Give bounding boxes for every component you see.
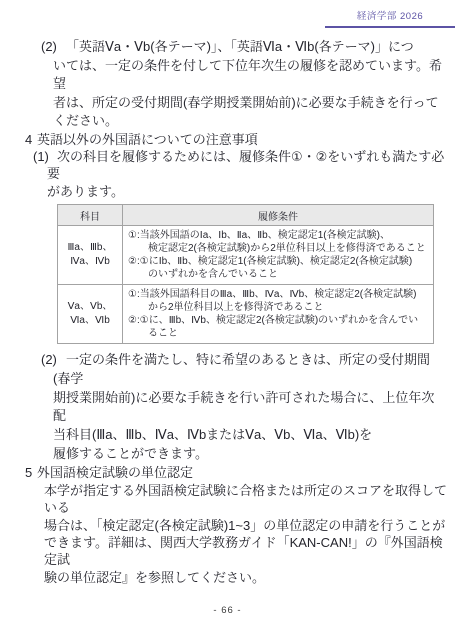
section-5-heading: 5 外国語検定試験の単位認定 xyxy=(25,464,455,481)
list-item-text: 「英語Ⅴa・Ⅴb(各テーマ)」、「英語Ⅵa・Ⅵb(各テーマ)」につ いては、一定… xyxy=(41,38,447,131)
section-number: 5 xyxy=(25,464,37,481)
conditions-cell: ①:当該外国語科目のⅢa、Ⅲb、Ⅳa、Ⅳb、検定認定2(各検定試験) から2単位… xyxy=(123,285,434,344)
list-item-1-requirements: (1) 次の科目を履修するためには、履修条件①・②をいずれも満たす必要 がありま… xyxy=(33,148,447,201)
column-header-conditions: 履修条件 xyxy=(123,205,434,226)
list-item-marker: (2) xyxy=(41,351,57,370)
section-4-heading: 4 英語以外の外国語についての注意事項 xyxy=(25,131,455,148)
requirements-table: 科目 履修条件 Ⅲa、Ⅲb、 Ⅳa、Ⅳb ①:当該外国語のⅠa、Ⅰb、Ⅱa、Ⅱb… xyxy=(57,204,434,344)
subject-cell: Ⅲa、Ⅲb、 Ⅳa、Ⅳb xyxy=(58,226,123,285)
page-number: - 66 - xyxy=(0,605,455,616)
page-content: (2) 「英語Ⅴa・Ⅴb(各テーマ)」、「英語Ⅵa・Ⅵb(各テーマ)」につ いて… xyxy=(0,0,455,586)
conditions-cell: ①:当該外国語のⅠa、Ⅰb、Ⅱa、Ⅱb、検定認定1(各検定試験)、 検定認定2(… xyxy=(123,226,434,285)
table-row: Ⅴa、Ⅴb、 Ⅵa、Ⅵb ①:当該外国語科目のⅢa、Ⅲb、Ⅳa、Ⅳb、検定認定2… xyxy=(58,285,434,344)
table-header-row: 科目 履修条件 xyxy=(58,205,434,226)
list-item-marker: (2) xyxy=(41,38,57,57)
list-item-marker: (1) xyxy=(33,148,49,166)
document-page: 経済学部 2026 (2) 「英語Ⅴa・Ⅴb(各テーマ)」、「英語Ⅵa・Ⅵb(各… xyxy=(0,0,455,644)
section-title: 英語以外の外国語についての注意事項 xyxy=(37,131,258,148)
list-item-2-upper-year: (2) 一定の条件を満たし、特に希望のあるときは、所定の受付期間(春学 期授業開… xyxy=(41,351,447,464)
section-number: 4 xyxy=(25,131,37,148)
list-item-2-english: (2) 「英語Ⅴa・Ⅴb(各テーマ)」、「英語Ⅵa・Ⅵb(各テーマ)」につ いて… xyxy=(41,38,447,131)
list-item-text: 次の科目を履修するためには、履修条件①・②をいずれも満たす必要 があります。 xyxy=(33,148,447,201)
list-item-text: 一定の条件を満たし、特に希望のあるときは、所定の受付期間(春学 期授業開始前)に… xyxy=(41,351,447,464)
table-row: Ⅲa、Ⅲb、 Ⅳa、Ⅳb ①:当該外国語のⅠa、Ⅰb、Ⅱa、Ⅱb、検定認定1(各… xyxy=(58,226,434,285)
column-header-subject: 科目 xyxy=(58,205,123,226)
section-title: 外国語検定試験の単位認定 xyxy=(37,464,193,481)
subject-cell: Ⅴa、Ⅴb、 Ⅵa、Ⅵb xyxy=(58,285,123,344)
section-5-paragraph: 本学が指定する外国語検定試験に合格または所定のスコアを取得している 場合は、「検… xyxy=(44,482,447,586)
